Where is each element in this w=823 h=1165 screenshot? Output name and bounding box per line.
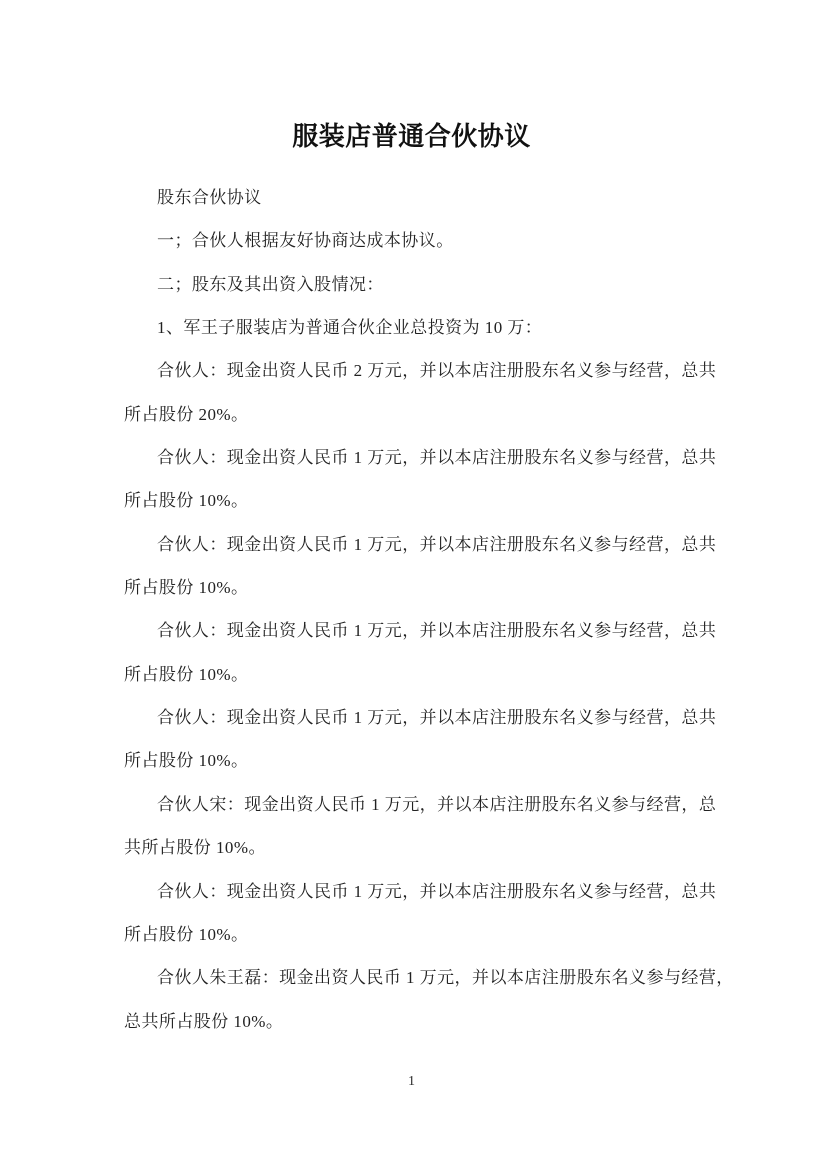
paragraph: 合伙人：现金出资人民币 2 万元，并以本店注册股东名义参与经营，总共 所占股份 … <box>124 349 724 436</box>
paragraph: 一；合伙人根据友好协商达成本协议。 <box>124 219 724 262</box>
text-line: 总共所占股份 10%。 <box>124 1000 724 1043</box>
text-line: 一；合伙人根据友好协商达成本协议。 <box>124 219 724 262</box>
text-line: 合伙人：现金出资人民币 1 万元，并以本店注册股东名义参与经营，总共 <box>124 523 724 566</box>
paragraph: 合伙人：现金出资人民币 1 万元，并以本店注册股东名义参与经营，总共 所占股份 … <box>124 609 724 696</box>
page-footer: 1 <box>0 1072 823 1092</box>
text-line: 所占股份 10%。 <box>124 566 724 609</box>
text-line: 所占股份 10%。 <box>124 479 724 522</box>
document-title: 服装店普通合伙协议 <box>0 0 823 160</box>
text-line: 1、军王子服装店为普通合伙企业总投资为 10 万： <box>124 306 724 349</box>
text-line: 所占股份 10%。 <box>124 653 724 696</box>
paragraph: 股东合伙协议 <box>124 176 724 219</box>
text-line: 所占股份 20%。 <box>124 393 724 436</box>
paragraph: 合伙人：现金出资人民币 1 万元，并以本店注册股东名义参与经营，总共 所占股份 … <box>124 696 724 783</box>
text-line: 合伙人朱王磊：现金出资人民币 1 万元，并以本店注册股东名义参与经营， <box>124 956 724 999</box>
text-line: 共所占股份 10%。 <box>124 826 724 869</box>
text-line: 合伙人：现金出资人民币 1 万元，并以本店注册股东名义参与经营，总共 <box>124 609 724 652</box>
text-line: 股东合伙协议 <box>124 176 724 219</box>
paragraph: 合伙人：现金出资人民币 1 万元，并以本店注册股东名义参与经营，总共 所占股份 … <box>124 870 724 957</box>
page-number: 1 <box>408 1074 415 1089</box>
paragraph: 1、军王子服装店为普通合伙企业总投资为 10 万： <box>124 306 724 349</box>
paragraph: 合伙人：现金出资人民币 1 万元，并以本店注册股东名义参与经营，总共 所占股份 … <box>124 523 724 610</box>
document-page: 服装店普通合伙协议 股东合伙协议 一；合伙人根据友好协商达成本协议。 二；股东及… <box>0 0 823 1165</box>
paragraph: 合伙人宋：现金出资人民币 1 万元，并以本店注册股东名义参与经营，总 共所占股份… <box>124 783 724 870</box>
text-line: 所占股份 10%。 <box>124 913 724 956</box>
paragraph: 合伙人朱王磊：现金出资人民币 1 万元，并以本店注册股东名义参与经营， 总共所占… <box>124 956 724 1043</box>
text-line: 合伙人：现金出资人民币 2 万元，并以本店注册股东名义参与经营，总共 <box>124 349 724 392</box>
paragraph: 合伙人：现金出资人民币 1 万元，并以本店注册股东名义参与经营，总共 所占股份 … <box>124 436 724 523</box>
text-line: 合伙人：现金出资人民币 1 万元，并以本店注册股东名义参与经营，总共 <box>124 436 724 479</box>
text-line: 合伙人：现金出资人民币 1 万元，并以本店注册股东名义参与经营，总共 <box>124 870 724 913</box>
paragraph: 二；股东及其出资入股情况： <box>124 263 724 306</box>
text-line: 合伙人宋：现金出资人民币 1 万元，并以本店注册股东名义参与经营，总 <box>124 783 724 826</box>
text-line: 所占股份 10%。 <box>124 739 724 782</box>
document-body: 股东合伙协议 一；合伙人根据友好协商达成本协议。 二；股东及其出资入股情况： 1… <box>0 176 823 1043</box>
text-line: 合伙人：现金出资人民币 1 万元，并以本店注册股东名义参与经营，总共 <box>124 696 724 739</box>
text-line: 二；股东及其出资入股情况： <box>124 263 724 306</box>
